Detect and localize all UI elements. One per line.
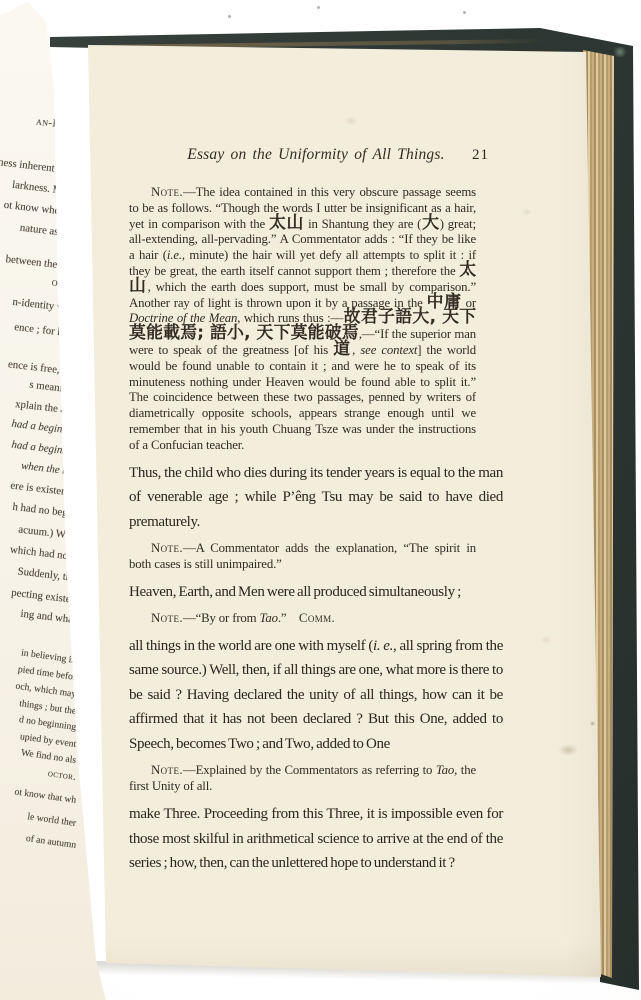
note-paragraph: Note.—A Commentator adds the explanation…: [129, 541, 476, 573]
page-number: 21: [472, 147, 489, 164]
note-paragraph: Note.—The idea contained in this very ob…: [129, 185, 476, 454]
body-paragraph: all things in the world are one with mys…: [129, 634, 503, 757]
dust-speck: [463, 11, 466, 14]
page-content: Essay on the Uniformity of All Things. 2…: [129, 146, 503, 883]
body-paragraph: Heaven, Earth, and Men were all produced…: [129, 580, 503, 605]
page-body: Note.—The idea contained in this very ob…: [129, 185, 503, 876]
book-photo: Essay on the Uniformity of All Things. 2…: [0, 0, 641, 1000]
left-page-fragments: an-Hua.ness inherent in wlarkness. Moreo…: [0, 116, 80, 856]
cover-corner-wear: [612, 47, 628, 57]
left-page-text-fragment: an-Hua.: [0, 100, 77, 136]
note-paragraph: Note.—“By or from Tao.” Comm.: [129, 611, 476, 627]
running-header: Essay on the Uniformity of All Things. 2…: [129, 146, 503, 170]
note-paragraph: Note.—Explained by the Commentators as r…: [129, 763, 476, 795]
body-paragraph: make Three. Proceeding from this Three, …: [129, 802, 503, 876]
dust-speck: [228, 15, 231, 18]
page-title: Essay on the Uniformity of All Things.: [129, 146, 503, 164]
right-page: Essay on the Uniformity of All Things. 2…: [0, 0, 641, 1000]
body-paragraph: Thus, the child who dies during its tend…: [129, 461, 503, 535]
dust-speck: [317, 6, 320, 9]
